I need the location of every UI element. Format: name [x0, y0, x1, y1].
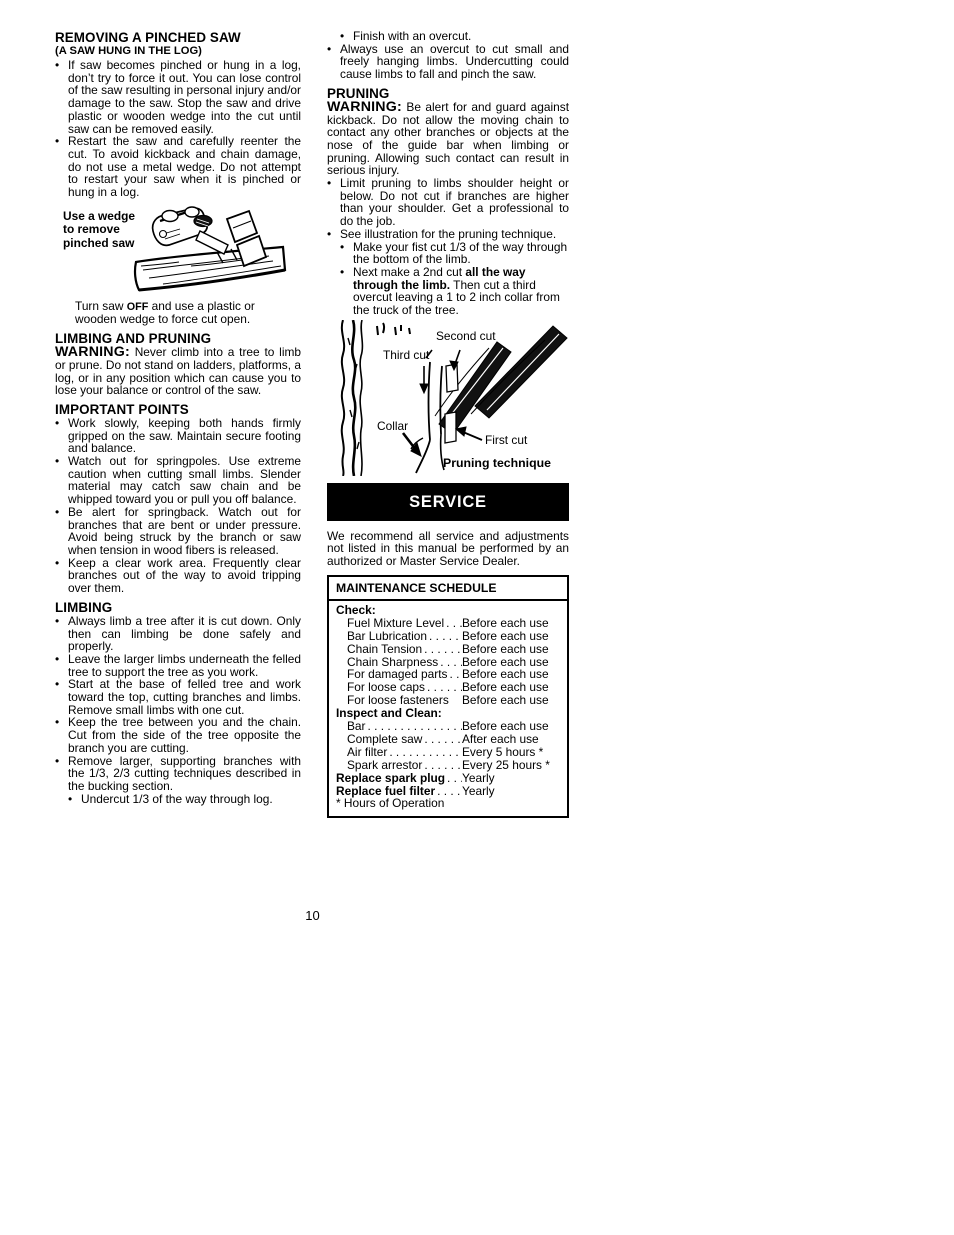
list-item-text: Always use an overcut to cut small and f… [340, 43, 569, 81]
label-second-cut: Second cut [436, 330, 496, 343]
first-cut-notch [445, 412, 456, 443]
table-row: Bar Lubrication . . . . . . . . . . . . … [336, 630, 561, 643]
sub-list-item: • Finish with an overcut. [327, 30, 569, 43]
list-item-text: Keep the tree between you and the chain.… [68, 716, 301, 754]
bullet-marker: • [55, 417, 68, 455]
table-row: Fuel Mixture Level . . . . . . . . . . .… [336, 617, 561, 630]
dot-leader: . . . . . . . . . . . . . . . . . . . . … [445, 772, 462, 785]
table-body: Check: Fuel Mixture Level . . . . . . . … [329, 601, 567, 817]
list-item: • Keep a clear work area. Frequently cle… [55, 557, 301, 595]
row-value: Yearly [462, 772, 561, 785]
service-section-banner: SERVICE [327, 483, 569, 521]
section-heading-limbing: LIMBING [55, 600, 301, 615]
list-item: • Limit pruning to limbs shoulder height… [327, 177, 569, 228]
table-header: MAINTENANCE SCHEDULE [329, 577, 567, 601]
list-item-text: Finish with an overcut. [353, 30, 569, 43]
list-item-text: Limit pruning to limbs shoulder height o… [340, 177, 569, 228]
list-item-text: Make your fist cut 1/3 of the way throug… [353, 241, 569, 266]
bullet-marker: • [340, 266, 353, 317]
list-item-text: Leave the larger limbs underneath the fe… [68, 653, 301, 678]
dot-leader: . . . . . . . . . . . . . . . . . . . . … [422, 759, 462, 772]
pinched-saw-figure: Use a wedge to remove pinched saw [55, 204, 301, 298]
row-label: Bar [347, 720, 366, 733]
list-item: • Be alert for springback. Watch out for… [55, 506, 301, 557]
list-item-text: Undercut 1/3 of the way through log. [81, 793, 301, 806]
row-value: Before each use [462, 630, 561, 643]
list-item: • Always limb a tree after it is cut dow… [55, 615, 301, 653]
list-item: • If saw becomes pinched or hung in a lo… [55, 59, 301, 135]
bullet-marker: • [340, 30, 353, 43]
list-item-text: Remove larger, supporting branches with … [68, 755, 301, 793]
warning-paragraph: WARNING: Never climb into a tree to limb… [55, 346, 301, 397]
bullet-marker: • [55, 615, 68, 653]
list-item-text: Restart the saw and carefully reenter th… [68, 135, 301, 199]
manual-page: REMOVING A PINCHED SAW (A SAW HUNG IN TH… [0, 0, 954, 1235]
table-row: Air filter . . . . . . . . . . . . . . .… [336, 746, 561, 759]
bullet-marker: • [55, 755, 68, 793]
second-cut-slot [446, 364, 458, 392]
row-value: Yearly [462, 785, 561, 798]
bark-tufts [377, 323, 410, 335]
list-item: • Start at the base of felled tree and w… [55, 678, 301, 716]
row-label: Spark arrestor [347, 759, 422, 772]
bullet-marker: • [327, 228, 340, 241]
section-heading-important-points: IMPORTANT POINTS [55, 402, 301, 417]
list-item: • Watch out for springpoles. Use extreme… [55, 455, 301, 506]
pruning-technique-illustration [327, 320, 569, 476]
pruning-technique-figure: Second cut Third cut Collar First cut Pr… [327, 320, 569, 476]
chainsaw [153, 207, 228, 254]
list-item: • Keep the tree between you and the chai… [55, 716, 301, 754]
sub-list-item: • Undercut 1/3 of the way through log. [55, 793, 301, 806]
table-row-footnote: * Hours of Operation [336, 797, 561, 810]
bullet-marker: • [55, 135, 68, 199]
list-item: • Work slowly, keeping both hands firmly… [55, 417, 301, 455]
list-item-text: See illustration for the pruning techniq… [340, 228, 569, 241]
row-label: Chain Tension [347, 643, 422, 656]
right-column: • Finish with an overcut. • Always use a… [327, 30, 569, 818]
table-row: Spark arrestor . . . . . . . . . . . . .… [336, 759, 561, 772]
list-item-text: Work slowly, keeping both hands firmly g… [68, 417, 301, 455]
bullet-marker: • [55, 455, 68, 506]
table-row: Chain Tension . . . . . . . . . . . . . … [336, 643, 561, 656]
bullet-marker: • [327, 177, 340, 228]
table-row: Bar . . . . . . . . . . . . . . . . . . … [336, 720, 561, 733]
bullet-marker: • [55, 59, 68, 135]
row-value: After each use [462, 733, 561, 746]
bullet-marker: • [55, 678, 68, 716]
sub-list-item: • Next make a 2nd cut all the way throug… [327, 266, 569, 317]
dot-leader: . . . . . . . . . . . . . . . . . . . . … [427, 630, 462, 643]
sub-list-item: • Make your fist cut 1/3 of the way thro… [327, 241, 569, 266]
caption-text: Turn saw [75, 299, 127, 313]
bullet-marker: • [327, 43, 340, 81]
bullet-marker: • [55, 506, 68, 557]
dot-leader: . . . . . . . . . . . . . . . . . . . . … [422, 733, 462, 746]
row-label: Complete saw [347, 733, 422, 746]
tree-trunk-bark [342, 320, 363, 476]
list-item-text: Watch out for springpoles. Use extreme c… [68, 455, 301, 506]
list-item-text: Be alert for springback. Watch out for b… [68, 506, 301, 557]
dot-leader: . . . . . . . . . . . . . . . . . . . . … [444, 617, 462, 630]
list-item-text: If saw becomes pinched or hung in a log,… [68, 59, 301, 135]
section-heading-removing-pinched-saw: REMOVING A PINCHED SAW [55, 30, 301, 45]
row-label: Check: [336, 604, 376, 617]
footnote-text: * Hours of Operation [336, 797, 444, 810]
list-item: • Remove larger, supporting branches wit… [55, 755, 301, 793]
bullet-marker: • [340, 241, 353, 266]
bullet-marker: • [55, 653, 68, 678]
list-item: • Always use an overcut to cut small and… [327, 43, 569, 81]
row-value: Every 25 hours * [462, 759, 561, 772]
dot-leader: . . . . . . . . . . . . . . . . . . . . … [422, 643, 462, 656]
bullet-marker: • [68, 793, 81, 806]
row-value: Before each use [462, 694, 561, 707]
table-row: Replace spark plug . . . . . . . . . . .… [336, 772, 561, 785]
row-label: Replace spark plug [336, 772, 445, 785]
bullet-marker: • [55, 716, 68, 754]
list-item: • See illustration for the pruning techn… [327, 228, 569, 241]
row-value: Before each use [462, 720, 561, 733]
row-label: Bar Lubrication [347, 630, 427, 643]
row-label: Fuel Mixture Level [347, 617, 444, 630]
list-item-text: Next make a 2nd cut all the way through … [353, 266, 569, 317]
row-value: Before each use [462, 643, 561, 656]
page-number: 10 [55, 908, 570, 923]
figure-caption: Pruning technique [443, 456, 551, 470]
row-label: Air filter [347, 746, 387, 759]
list-item-text: Keep a clear work area. Frequently clear… [68, 557, 301, 595]
table-row: Complete saw . . . . . . . . . . . . . .… [336, 733, 561, 746]
dot-leader: . . . . . . . . . . . . . . . . . . . . … [387, 746, 462, 759]
label-third-cut: Third cut [383, 349, 429, 362]
list-item: • Leave the larger limbs underneath the … [55, 653, 301, 678]
label-collar: Collar [377, 420, 408, 433]
section-subheading-saw-hung-in-log: (A SAW HUNG IN THE LOG) [55, 45, 301, 58]
off-keyword: OFF [127, 301, 149, 313]
warning-paragraph: WARNING: Be alert for and guard against … [327, 101, 569, 177]
row-value: Before each use [462, 617, 561, 630]
table-row: Check: [336, 604, 561, 617]
list-item: • Restart the saw and carefully reenter … [55, 135, 301, 199]
label-first-cut: First cut [485, 434, 527, 447]
list-item-text: Always limb a tree after it is cut down.… [68, 615, 301, 653]
limb-stub [411, 350, 444, 473]
figure-bottom-caption: Turn saw OFF and use a plastic or wooden… [75, 300, 281, 326]
service-paragraph: We recommend all service and adjustments… [327, 530, 569, 568]
list-item-text: Start at the base of felled tree and wor… [68, 678, 301, 716]
maintenance-schedule-table: MAINTENANCE SCHEDULE Check: Fuel Mixture… [327, 575, 569, 819]
left-column: REMOVING A PINCHED SAW (A SAW HUNG IN TH… [55, 30, 301, 805]
row-value: Every 5 hours * [462, 746, 561, 759]
dot-leader: . . . . . . . . . . . . . . . . . . . . … [366, 720, 462, 733]
dot-leader: . . . . . . . . . . . . . . . . . . . . … [447, 668, 462, 681]
bullet-marker: • [55, 557, 68, 595]
pinched-saw-illustration [121, 204, 301, 298]
